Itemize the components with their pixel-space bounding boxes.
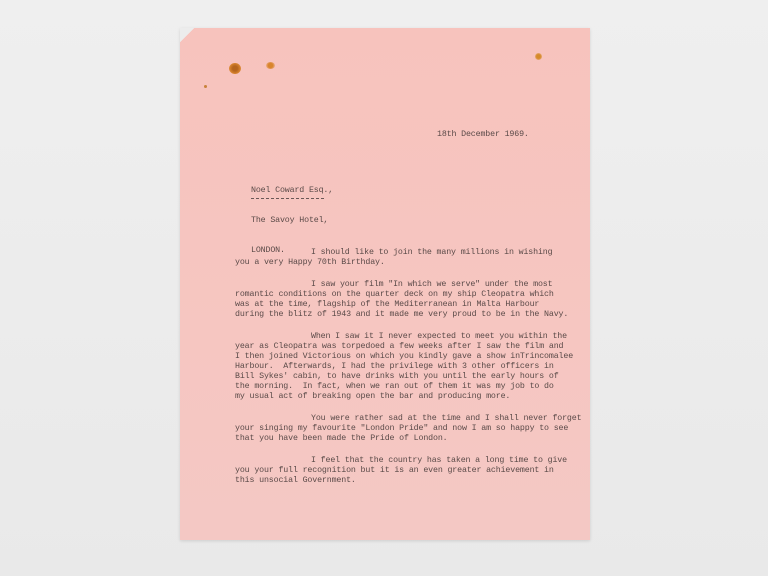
text-line: you your full recognition but it is an e… xyxy=(235,466,581,476)
letter-paragraph: I feel that the country has taken a long… xyxy=(235,456,581,486)
rust-stain xyxy=(535,53,542,60)
text-line: this unsocial Government. xyxy=(235,476,581,486)
text-line: Harbour. Afterwards, I had the privilege… xyxy=(235,362,581,372)
text-line: was at the time, flagship of the Mediter… xyxy=(235,300,581,310)
text-line: You were rather sad at the time and I sh… xyxy=(235,414,581,424)
letter-body: I should like to join the many millions … xyxy=(235,248,581,498)
rust-stain xyxy=(204,85,207,88)
text-line: I saw your film "In which we serve" unde… xyxy=(235,280,581,290)
text-line: I should like to join the many millions … xyxy=(235,248,581,258)
text-line: When I saw it I never expected to meet y… xyxy=(235,332,581,342)
letter-paragraph: When I saw it I never expected to meet y… xyxy=(235,332,581,402)
text-line: I then joined Victorious on which you ki… xyxy=(235,352,581,362)
letter-paragraph: You were rather sad at the time and I sh… xyxy=(235,414,581,444)
letter-paper: 18th December 1969. Noel Coward Esq., Th… xyxy=(180,28,590,540)
letter-paragraph: I saw your film "In which we serve" unde… xyxy=(235,280,581,320)
address-line: The Savoy Hotel, xyxy=(251,216,333,226)
text-line: Bill Sykes' cabin, to have drinks with y… xyxy=(235,372,581,382)
text-line: I feel that the country has taken a long… xyxy=(235,456,581,466)
letter-date: 18th December 1969. xyxy=(437,130,529,140)
rust-stain xyxy=(229,63,241,74)
address-underline xyxy=(251,198,324,199)
text-line: year as Cleopatra was torpedoed a few we… xyxy=(235,342,581,352)
text-line: you a very Happy 70th Birthday. xyxy=(235,258,581,268)
text-line: the morning. In fact, when we ran out of… xyxy=(235,382,581,392)
address-line: Noel Coward Esq., xyxy=(251,186,333,196)
text-line: romantic conditions on the quarter deck … xyxy=(235,290,581,300)
text-line: that you have been made the Pride of Lon… xyxy=(235,434,581,444)
letter-paragraph: I should like to join the many millions … xyxy=(235,248,581,268)
text-line: your singing my favourite "London Pride"… xyxy=(235,424,581,434)
text-line: during the blitz of 1943 and it made me … xyxy=(235,310,581,320)
text-line: my usual act of breaking open the bar an… xyxy=(235,392,581,402)
rust-stain xyxy=(266,62,275,69)
